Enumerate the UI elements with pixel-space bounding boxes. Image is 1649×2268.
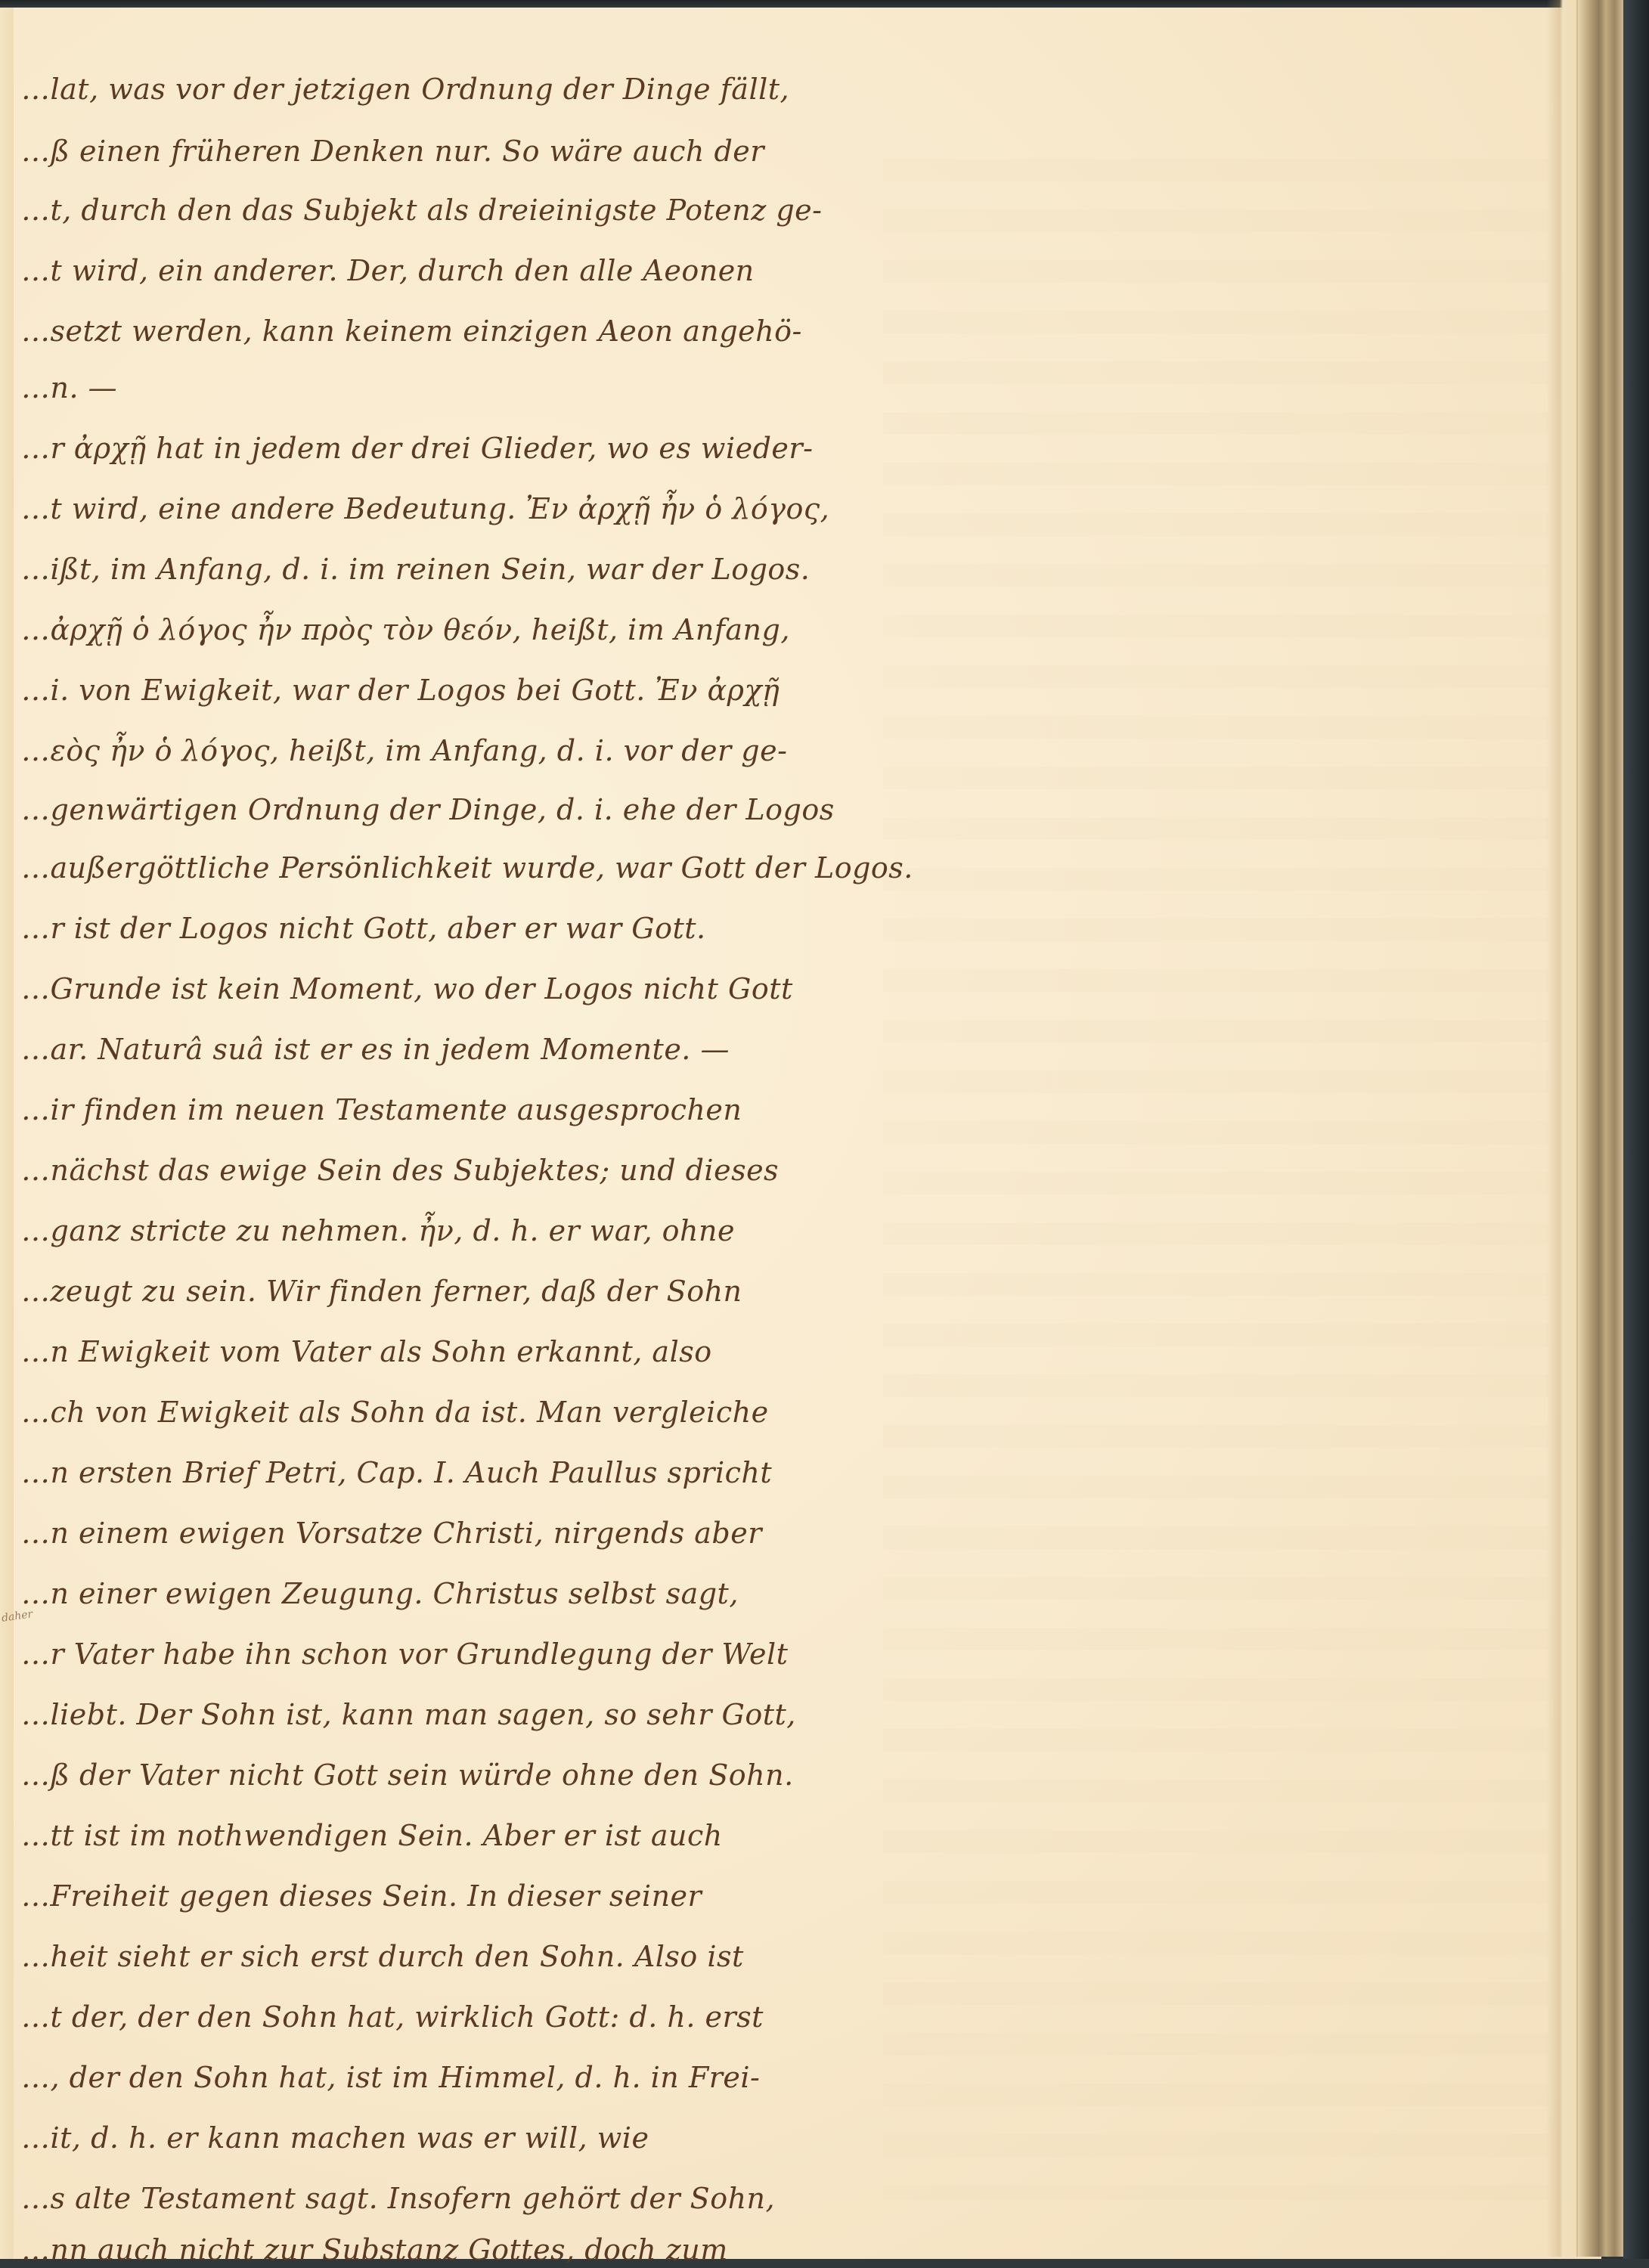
manuscript-line: …t, durch den das Subjekt als dreieinigs… (21, 194, 822, 227)
manuscript-line: …r ἀρχῇ hat in jedem der drei Glieder, w… (21, 432, 813, 465)
manuscript-line: …nn auch nicht zur Substanz Gottes, doch… (21, 2233, 728, 2266)
manuscript-line: …n einem ewigen Vorsatze Christi, nirgen… (21, 1517, 762, 1550)
manuscript-line: …t wird, ein anderer. Der, durch den all… (21, 254, 755, 287)
manuscript-line: …genwärtigen Ordnung der Dinge, d. i. eh… (21, 793, 835, 826)
manuscript-line: …it, d. h. er kann machen was er will, w… (21, 2121, 649, 2155)
manuscript-line: …außergöttliche Persönlichkeit wurde, wa… (21, 851, 913, 885)
manuscript-line: …Freiheit gegen dieses Sein. In dieser s… (21, 1879, 702, 1913)
manuscript-line: …ß einen früheren Denken nur. So wäre au… (21, 135, 764, 168)
manuscript-line: …ar. Naturâ suâ ist er es in jedem Momen… (21, 1033, 730, 1066)
manuscript-line: …εὸς ἦν ὁ λόγος, heißt, im Anfang, d. i.… (21, 734, 787, 767)
deckled-page-edge (1546, 0, 1576, 2257)
manuscript-line: …, der den Sohn hat, ist im Himmel, d. h… (21, 2061, 760, 2094)
manuscript-line: …heit sieht er sich erst durch den Sohn.… (21, 1940, 744, 1973)
manuscript-line: …tt ist im nothwendigen Sein. Aber er is… (21, 1819, 723, 1852)
manuscript-line: …zeugt zu sein. Wir finden ferner, daß d… (21, 1275, 742, 1308)
manuscript-line: …ἀρχῇ ὁ λόγος ἦν πρὸς τὸν θεόν, heißt, i… (21, 613, 790, 646)
manuscript-line: …n einer ewigen Zeugung. Christus selbst… (21, 1577, 739, 1610)
manuscript-line: …n ersten Brief Petri, Cap. I. Auch Paul… (21, 1456, 772, 1489)
manuscript-line: …i. von Ewigkeit, war der Logos bei Gott… (21, 674, 780, 707)
manuscript-line: …Grunde ist kein Moment, wo der Logos ni… (21, 972, 793, 1005)
manuscript-line: …nächst das ewige Sein des Subjektes; un… (21, 1154, 779, 1187)
manuscript-line: …lat, was vor der jetzigen Ordnung der D… (21, 73, 789, 106)
manuscript-line: …liebt. Der Sohn ist, kann man sagen, so… (21, 1698, 796, 1731)
manuscript-line: …setzt werden, kann keinem einzigen Aeon… (21, 314, 802, 348)
page-gutter (0, 8, 14, 2268)
manuscript-line: …ganz stricte zu nehmen. ἦν, d. h. er wa… (21, 1214, 735, 1247)
manuscript-line: …ß der Vater nicht Gott sein würde ohne … (21, 1758, 794, 1792)
manuscript-line: …t wird, eine andere Bedeutung. Ἐν ἀρχῇ … (21, 492, 829, 525)
manuscript-line: …r ist der Logos nicht Gott, aber er war… (21, 912, 706, 945)
manuscript-line: …n. — (21, 371, 117, 404)
bleed-through-area (883, 159, 1548, 2200)
manuscript-line: …t der, der den Sohn hat, wirklich Gott:… (21, 2000, 764, 2034)
manuscript-line: …n Ewigkeit vom Vater als Sohn erkannt, … (21, 1335, 712, 1368)
manuscript-line: …r Vater habe ihn schon vor Grundlegung … (21, 1637, 788, 1671)
manuscript-line: …ch von Ewigkeit als Sohn da ist. Man ve… (21, 1396, 769, 1429)
manuscript-line: …ir finden im neuen Testamente ausgespro… (21, 1093, 742, 1126)
book-cover-right (1623, 0, 1649, 2268)
manuscript-line: …s alte Testament sagt. Insofern gehört … (21, 2182, 775, 2215)
page-block-edge (1576, 0, 1625, 2257)
manuscript-line: …ißt, im Anfang, d. i. im reinen Sein, w… (21, 553, 810, 586)
